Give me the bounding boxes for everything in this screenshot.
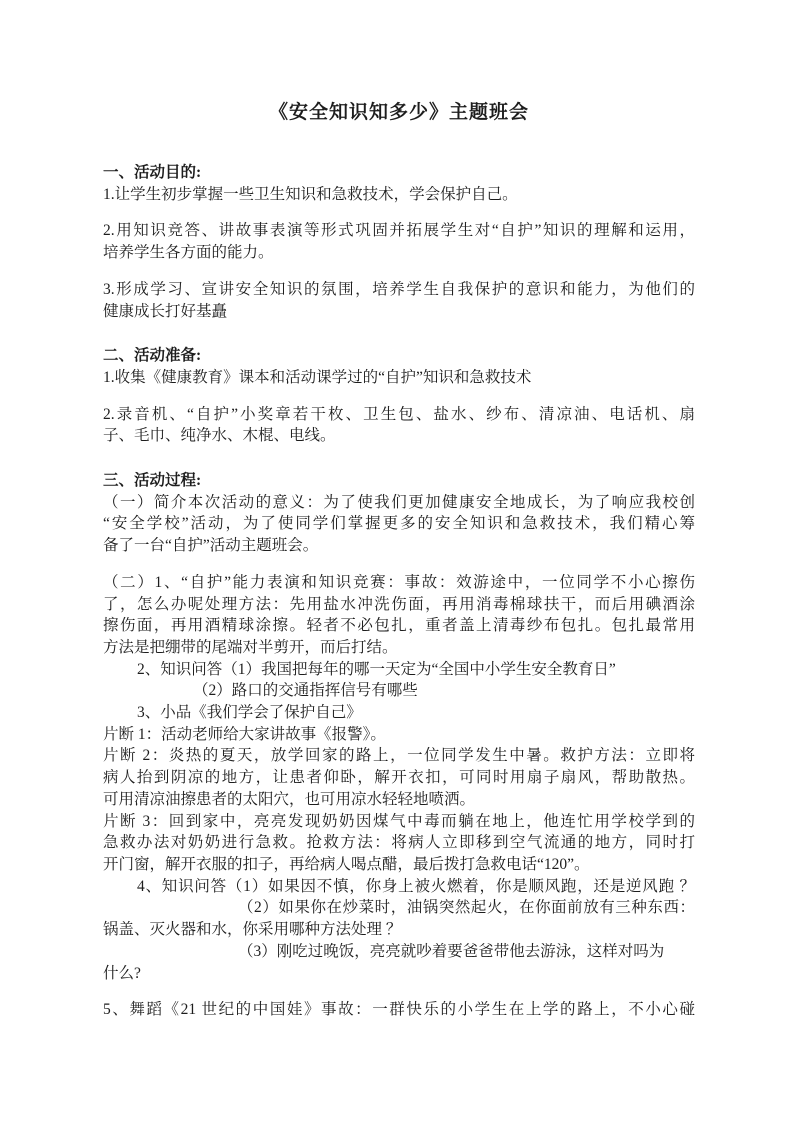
text-line: 锅盖、灭火器和水，你采用哪种方法处理 ？ bbox=[103, 919, 695, 941]
document-body: 一、活动目的:1.让学生初步掌握一些卫生知识和急救技术，学会保护自己。2.用知识… bbox=[103, 162, 695, 1021]
text-line: “安全学校”活动，为了使同学们掌握更多的安全知识和急救技术，我们精心筹 bbox=[103, 513, 695, 535]
text-line: 培养学生各方面的能力。 bbox=[103, 242, 695, 264]
text-line: 片断 2：炎热的夏天，放学回家的路上，一位同学发生中暑。救护方法：立即将 bbox=[103, 745, 695, 767]
text-line: 1.让学生初步掌握一些卫生知识和急救技术，学会保护自己。 bbox=[103, 184, 695, 206]
document-content: 《安全知识知多少》主题班会 一、活动目的:1.让学生初步掌握一些卫生知识和急救技… bbox=[103, 100, 695, 1021]
text-line: 什么? bbox=[103, 963, 695, 985]
text-line: （2）路口的交通指挥信号有哪些 bbox=[103, 680, 695, 702]
text-line: 备了一台“自护”活动主题班会。 bbox=[103, 535, 695, 557]
text-line: 健康成长打好基矗 bbox=[103, 301, 695, 323]
text-line: 方法是把绷带的尾端对半剪开，而后打结。 bbox=[103, 637, 695, 659]
text-line: 2.用知识竞答、讲故事表演等形式巩固并拓展学生对“自护”知识的理解和运用， bbox=[103, 220, 695, 242]
text-line: 2、知识问答（1）我国把每年的哪一天定为“全国中小学生安全教育日” bbox=[103, 659, 695, 681]
text-line: 2.录音机、“自护”小奖章若干枚、卫生包、盐水、纱布、清凉油、电话机、扇 bbox=[103, 404, 695, 426]
text-line: 了，怎么办呢处理方法：先用盐水冲洗伤面，再用消毒棉球扶干，而后用碘酒涂 bbox=[103, 594, 695, 616]
text-line: （一）简介本次活动的意义：为了使我们更加健康安全地成长，为了响应我校创 bbox=[103, 492, 695, 514]
text-line: 急救办法对奶奶进行急救。抢救方法：将病人立即移到空气流通的地方，同时打 bbox=[103, 832, 695, 854]
section-heading: 三、活动过程: bbox=[103, 470, 695, 492]
text-line: 病人抬到阴凉的地方，让患者仰卧，解开衣扣，可同时用扇子扇风，帮助散热。 bbox=[103, 767, 695, 789]
section-heading: 一、活动目的: bbox=[103, 162, 695, 184]
text-line: 5、舞蹈《21 世纪的中国娃》事故：一群快乐的小学生在上学的路上，不小心碰 bbox=[103, 999, 695, 1021]
document-page: 《安全知识知多少》主题班会 一、活动目的:1.让学生初步掌握一些卫生知识和急救技… bbox=[0, 0, 793, 1122]
text-line: 1.收集《健康教育》课本和活动课学过的“自护”知识和急救技术 bbox=[103, 367, 695, 389]
document-title: 《安全知识知多少》主题班会 bbox=[103, 100, 695, 126]
text-line: 片断 1：活动老师给大家讲故事《报警》。 bbox=[103, 724, 695, 746]
text-line: （二）1、“自护”能力表演和知识竞赛：事故：效游途中，一位同学不小心擦伤 bbox=[103, 572, 695, 594]
text-line: （2）如果你在炒菜时，油锅突然起火，在你面前放有三种东西： bbox=[103, 897, 695, 919]
text-line: 可用清凉油擦患者的太阳穴，也可用凉水轻轻地喷洒。 bbox=[103, 789, 695, 811]
text-line: （3）刚吃过晚饭，亮亮就吵着要爸爸带他去游泳，这样对吗为 bbox=[103, 941, 695, 963]
text-line: 3.形成学习、宣讲安全知识的氛围，培养学生自我保护的意识和能力，为他们的 bbox=[103, 279, 695, 301]
text-line: 子、毛巾、纯净水、木棍、电线。 bbox=[103, 425, 695, 447]
section-heading: 二、活动准备: bbox=[103, 345, 695, 367]
text-line: 开门窗，解开衣服的扣子，再给病人喝点醋，最后拨打急救电话“120”。 bbox=[103, 854, 695, 876]
text-line: 3、小品《我们学会了保护自己》 bbox=[103, 702, 695, 724]
text-line: 擦伤面，再用酒精球涂擦。轻者不必包扎，重者盖上清毒纱布包扎。包扎最常用 bbox=[103, 615, 695, 637]
text-line: 4、知识问答（1）如果因不慎，你身上被火燃着，你是顺风跑，还是逆风跑 ？ bbox=[103, 876, 695, 898]
text-line: 片断 3：回到家中，亮亮发现奶奶因煤气中毒而躺在地上，他连忙用学校学到的 bbox=[103, 811, 695, 833]
